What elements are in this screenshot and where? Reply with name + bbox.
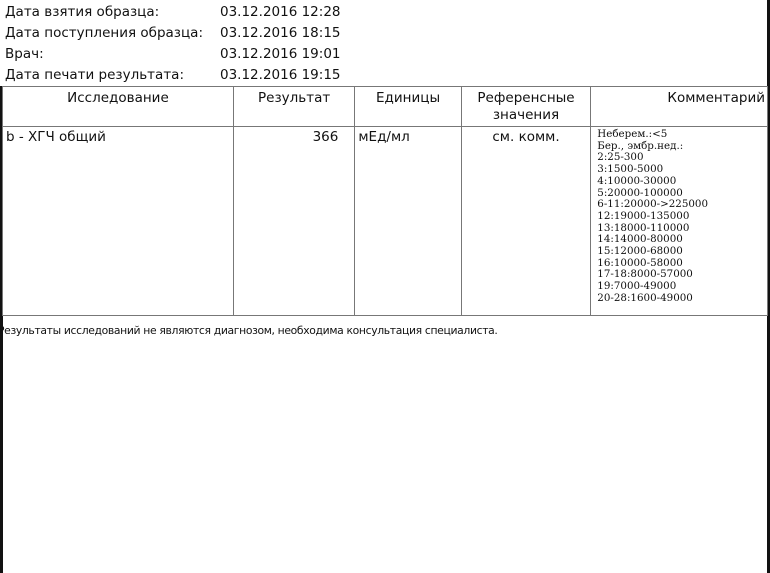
- meta-label: Дата взятия образца:: [5, 2, 220, 23]
- comment-line: 15:12000-68000: [597, 246, 767, 258]
- comment-line: 4:10000-30000: [597, 176, 767, 188]
- meta-label: Врач:: [5, 44, 220, 65]
- cell-units: мЕд/мл: [355, 127, 461, 316]
- print-date-row: Дата печати результата: 03.12.2016 19:15: [5, 65, 341, 86]
- cell-study: b - ХГЧ общий: [3, 127, 234, 316]
- header-reference: Референсные значения: [461, 87, 591, 127]
- disclaimer-text: Результаты исследований не являются диаг…: [0, 324, 498, 337]
- sample-received-date-row: Дата поступления образца: 03.12.2016 18:…: [5, 23, 341, 44]
- header-comment: Комментарий: [591, 87, 768, 127]
- results-table: Исследование Результат Единицы Референсн…: [2, 86, 768, 316]
- cell-result: 366: [233, 127, 354, 316]
- sample-collection-date-row: Дата взятия образца: 03.12.2016 12:28: [5, 2, 341, 23]
- meta-label: Дата поступления образца:: [5, 23, 220, 44]
- sample-info: Дата взятия образца: 03.12.2016 12:28 Да…: [5, 2, 341, 86]
- comment-line: 12:19000-135000: [597, 211, 767, 223]
- meta-value: 03.12.2016 18:15: [220, 23, 341, 44]
- cell-comment: Неберем.:<5 Бер., эмбр.нед.: 2:25-300 3:…: [591, 127, 768, 316]
- header-units: Единицы: [355, 87, 461, 127]
- meta-value: 03.12.2016 12:28: [220, 2, 341, 23]
- cell-reference: см. комм.: [461, 127, 591, 316]
- comment-line: 20-28:1600-49000: [597, 293, 767, 305]
- meta-value: 03.12.2016 19:01: [220, 44, 341, 65]
- comment-line: Неберем.:<5: [597, 129, 767, 141]
- doctor-row: Врач: 03.12.2016 19:01: [5, 44, 341, 65]
- meta-value: 03.12.2016 19:15: [220, 65, 341, 86]
- header-study: Исследование: [3, 87, 234, 127]
- table-row: b - ХГЧ общий 366 мЕд/мл см. комм. Небер…: [3, 127, 768, 316]
- table-header-row: Исследование Результат Единицы Референсн…: [3, 87, 768, 127]
- header-result: Результат: [233, 87, 354, 127]
- meta-label: Дата печати результата:: [5, 65, 220, 86]
